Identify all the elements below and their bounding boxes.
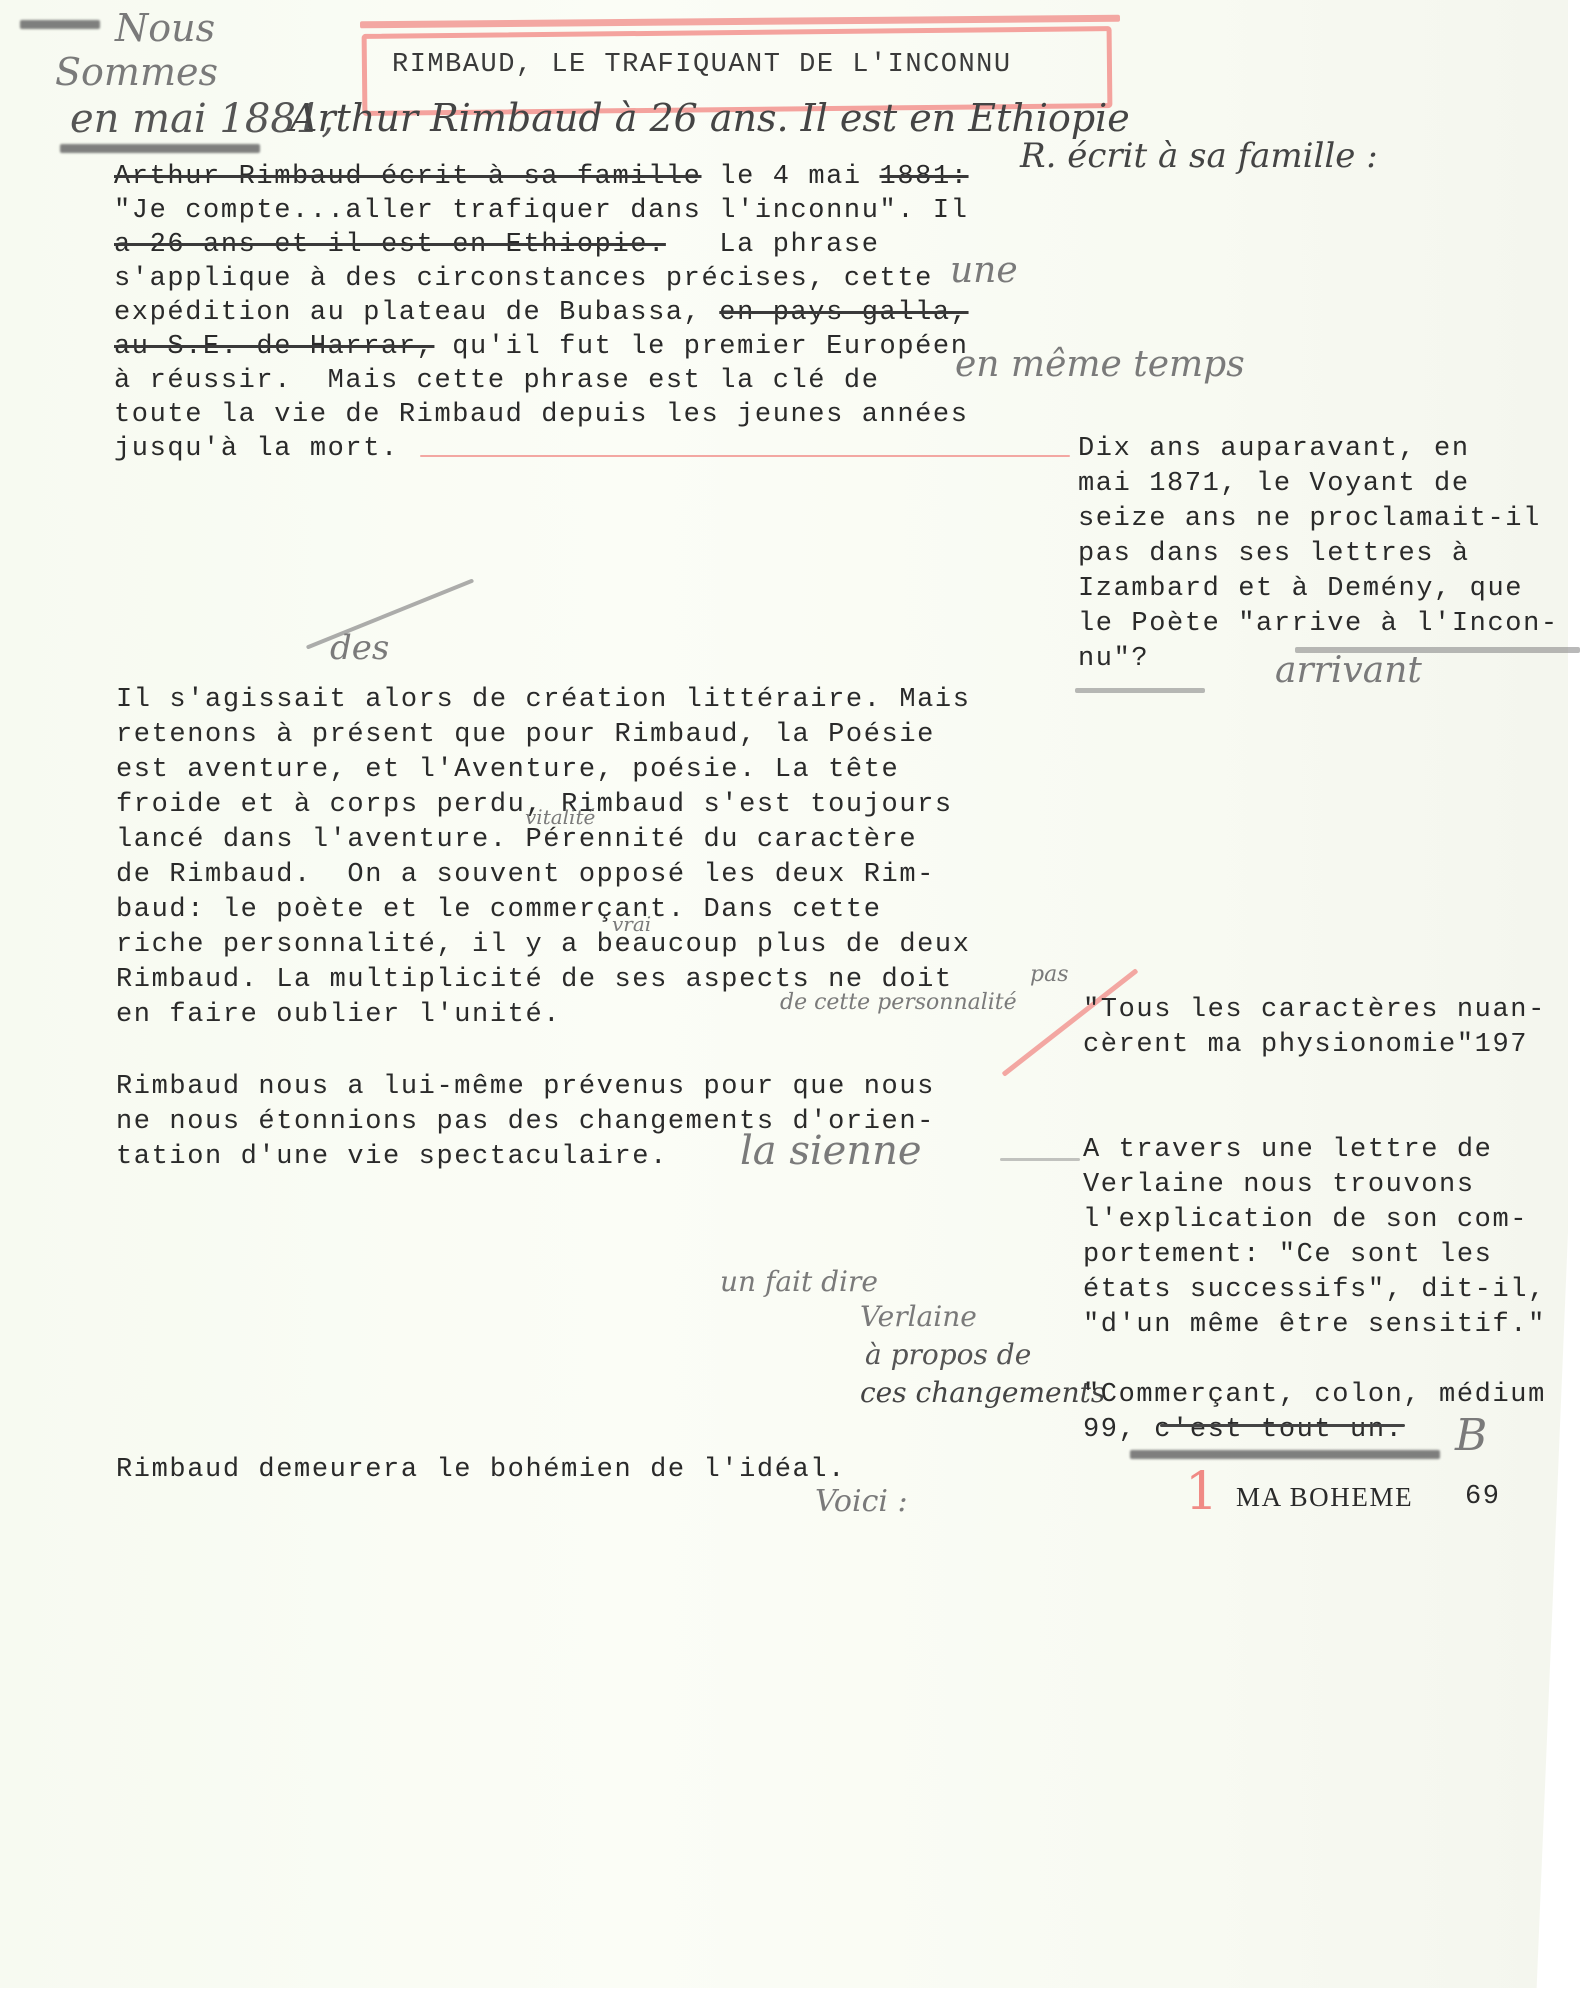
pencil-connector bbox=[1000, 1158, 1080, 1161]
pencil-underline bbox=[1075, 688, 1205, 693]
kept-text: le 4 mai bbox=[702, 162, 880, 192]
side-b1-line-1: Dix ans auparavant, en bbox=[1078, 432, 1470, 467]
side-b1-line-6: le Poète "arrive à l'Incon- bbox=[1078, 607, 1559, 642]
p3-line-1: Rimbaud nous a lui-même prévenus pour qu… bbox=[116, 1070, 935, 1105]
side-b1-line-7: nu"? bbox=[1078, 642, 1149, 677]
side-b2-line-2: cèrent ma physionomie"197 bbox=[1083, 1028, 1528, 1063]
p2-line-1: Il s'agissait alors de création littérai… bbox=[116, 683, 971, 718]
handwritten-ecrit-famille: R. écrit à sa famille : bbox=[1020, 136, 1378, 176]
p4-line-1: Rimbaud demeurera le bohémien de l'idéal… bbox=[116, 1453, 846, 1488]
kept-text: qu'il fut le premier Européen bbox=[434, 332, 968, 362]
side-b1-line-5: Izambard et à Demény, que bbox=[1078, 572, 1523, 607]
handwritten-une: une bbox=[950, 250, 1018, 291]
p1-line-7: à réussir. Mais cette phrase est la clé … bbox=[114, 364, 880, 399]
p1-line-2: "Je compte...aller trafiquer dans l'inco… bbox=[114, 194, 969, 229]
side-b1-line-2: mai 1871, le Voyant de bbox=[1078, 467, 1470, 502]
side-b2-line-1: "Tous les caractères nuan- bbox=[1083, 993, 1546, 1028]
handwritten-a-propos-de: à propos de bbox=[865, 1338, 1031, 1371]
red-connector-line bbox=[420, 455, 1070, 457]
p3-line-3: tation d'une vie spectaculaire. bbox=[116, 1140, 668, 1175]
p1-line-6: au S.E. de Harrar, qu'il fut le premier … bbox=[114, 330, 969, 365]
side-b4-line-2: 99, c'est tout un. bbox=[1083, 1413, 1403, 1448]
p1-line-3: a 26 ans et il est en Ethiopie. La phras… bbox=[114, 228, 880, 263]
handwritten-voici: Voici : bbox=[815, 1484, 908, 1519]
p2-line-3: est aventure, et l'Aventure, poésie. La … bbox=[116, 753, 899, 788]
side-b3-line-4: portement: "Ce sont les bbox=[1083, 1238, 1492, 1273]
handwritten-nous: Nous bbox=[115, 6, 215, 50]
p2-line-10: en faire oublier l'unité. bbox=[116, 998, 561, 1033]
footer-page-number: 69 bbox=[1465, 1480, 1501, 1515]
p2-line-8: riche personnalité, il y a beaucoup plus… bbox=[116, 928, 971, 963]
margin-dash bbox=[20, 20, 100, 29]
handwritten-initials: B bbox=[1455, 1410, 1487, 1461]
p2-line-6: de Rimbaud. On a souvent opposé les deux… bbox=[116, 858, 935, 893]
side-b3-line-3: l'explication de son com- bbox=[1083, 1203, 1528, 1238]
struck-text: Arthur Rimbaud écrit à sa famille bbox=[114, 162, 702, 192]
handwritten-verlaine: Verlaine bbox=[860, 1300, 977, 1333]
pencil-thick-line bbox=[1130, 1450, 1440, 1459]
side-b3-line-2: Verlaine nous trouvons bbox=[1083, 1168, 1475, 1203]
p1-line-9: jusqu'à la mort. bbox=[114, 432, 399, 467]
side-b1-line-4: pas dans ses lettres à bbox=[1078, 537, 1470, 572]
handwritten-pas: pas bbox=[1030, 962, 1069, 987]
p1-line-5: expédition au plateau de Bubassa, en pay… bbox=[114, 296, 969, 331]
struck-text: en pays galla, bbox=[719, 298, 968, 328]
struck-text: a 26 ans et il est en Ethiopie. bbox=[114, 230, 666, 260]
side-b3-line-6: "d'un même être sensitif." bbox=[1083, 1308, 1546, 1343]
struck-text: 1881: bbox=[880, 162, 969, 192]
p2-line-2: retenons à présent que pour Rimbaud, la … bbox=[116, 718, 935, 753]
handwritten-en-meme-temps: en même temps bbox=[955, 344, 1245, 385]
document-title: RIMBAUD, LE TRAFIQUANT DE L'INCONNU bbox=[392, 50, 1012, 80]
pencil-stroke bbox=[60, 144, 260, 153]
p1-line-1: Arthur Rimbaud écrit à sa famille le 4 m… bbox=[114, 160, 969, 195]
handwritten-un-fait-dire: un fait dire bbox=[720, 1265, 878, 1298]
side-b1-line-3: seize ans ne proclamait-il bbox=[1078, 502, 1541, 537]
footer-section: MA BOHEME bbox=[1236, 1480, 1413, 1515]
red-mark-number: 1 bbox=[1185, 1462, 1218, 1522]
struck-text: au S.E. de Harrar, bbox=[114, 332, 434, 362]
strike-line bbox=[1160, 1424, 1405, 1427]
p2-line-5: lancé dans l'aventure. Pérennité du cara… bbox=[116, 823, 917, 858]
handwritten-la-sienne: la sienne bbox=[740, 1128, 922, 1174]
p1-line-8: toute la vie de Rimbaud depuis les jeune… bbox=[114, 398, 969, 433]
handwritten-ces-changements: ces changements bbox=[860, 1376, 1105, 1409]
kept-text: La phrase bbox=[666, 230, 880, 260]
side-b3-line-1: A travers une lettre de bbox=[1083, 1133, 1492, 1168]
p1-line-4: s'applique à des circonstances précises,… bbox=[114, 262, 933, 297]
kept-text: expédition au plateau de Bubassa, bbox=[114, 298, 719, 328]
handwritten-de-cette-personnalite: de cette personnalité bbox=[780, 990, 1017, 1015]
side-b3-line-5: états successifs", dit-il, bbox=[1083, 1273, 1546, 1308]
handwritten-sommes: Sommes bbox=[55, 50, 218, 94]
handwritten-header-line: Arthur Rimbaud à 26 ans. Il est en Ethio… bbox=[290, 96, 1130, 140]
side-b4-line-1: "Commerçant, colon, médium bbox=[1083, 1378, 1546, 1413]
handwritten-des: des bbox=[330, 628, 389, 668]
p2-line-7: baud: le poète et le commerçant. Dans ce… bbox=[116, 893, 882, 928]
handwritten-arrivant: arrivant bbox=[1275, 650, 1422, 691]
